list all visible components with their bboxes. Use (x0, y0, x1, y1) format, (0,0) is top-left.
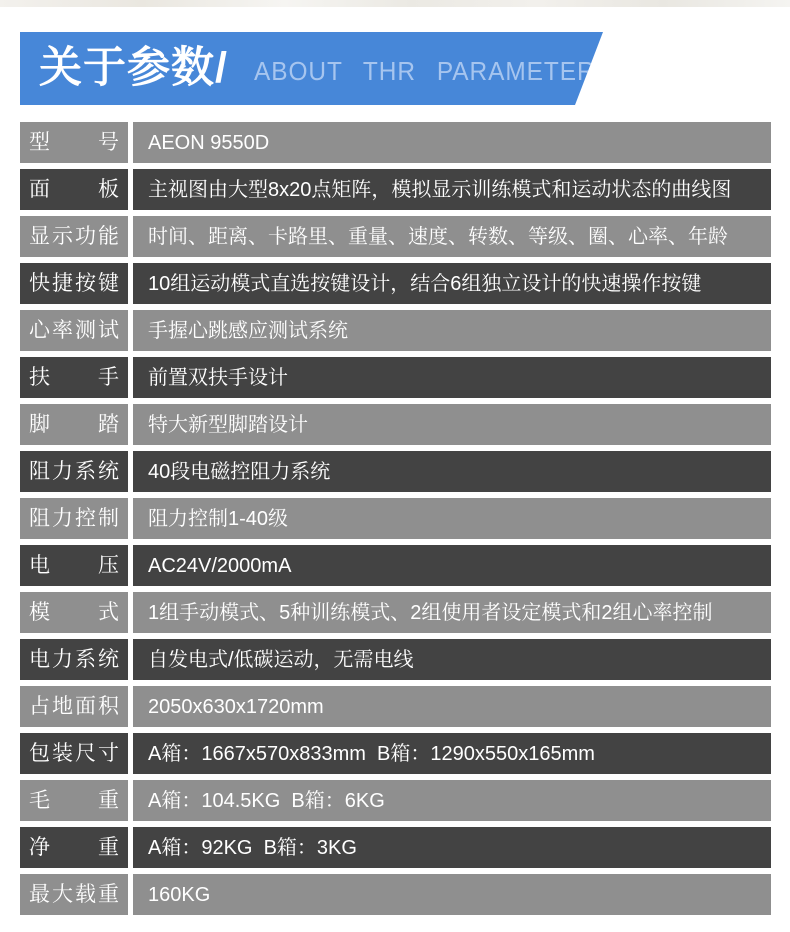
row-value: 手握心跳感应测试系统 (133, 310, 771, 351)
row-label: 占地面积 (20, 686, 128, 727)
row-label-text: 占地面积 (29, 696, 119, 717)
row-label: 电力系统 (20, 639, 128, 680)
row-label: 脚踏 (20, 404, 128, 445)
row-value: 40段电磁控阻力系统 (133, 451, 771, 492)
table-row: 包装尺寸 A箱：1667x570x833mm B箱：1290x550x165mm (20, 733, 771, 774)
row-value: 特大新型脚踏设计 (133, 404, 771, 445)
table-row: 显示功能 时间、距离、卡路里、重量、速度、转数、等级、圈、心率、年龄 (20, 216, 771, 257)
row-value: A箱：104.5KG B箱：6KG (133, 780, 771, 821)
row-value: 160KG (133, 874, 771, 915)
row-value: 时间、距离、卡路里、重量、速度、转数、等级、圈、心率、年龄 (133, 216, 771, 257)
table-row: 最大载重 160KG (20, 874, 771, 915)
row-label-text: 电压 (29, 555, 119, 576)
row-label-text: 包装尺寸 (29, 743, 119, 764)
row-label-text: 扶手 (29, 367, 119, 388)
top-image-edge-strip (0, 0, 790, 7)
row-value: 主视图由大型8x20点矩阵，模拟显示训练模式和运动状态的曲线图 (133, 169, 771, 210)
row-value: AC24V/2000mA (133, 545, 771, 586)
row-label-text: 脚踏 (29, 414, 119, 435)
row-value: 2050x630x1720mm (133, 686, 771, 727)
row-label-text: 面板 (29, 179, 119, 200)
row-label-text: 心率测试 (29, 320, 119, 341)
table-row: 面板 主视图由大型8x20点矩阵，模拟显示训练模式和运动状态的曲线图 (20, 169, 771, 210)
table-row: 模式 1组手动模式、5种训练模式、2组使用者设定模式和2组心率控制 (20, 592, 771, 633)
row-label: 面板 (20, 169, 128, 210)
row-value: A箱：1667x570x833mm B箱：1290x550x165mm (133, 733, 771, 774)
row-label: 包装尺寸 (20, 733, 128, 774)
row-value: AEON 9550D (133, 122, 771, 163)
page-subtitle: ABOUT THR PARAMETERS (254, 58, 613, 84)
row-label: 模式 (20, 592, 128, 633)
row-label-text: 电力系统 (29, 649, 119, 670)
row-label-text: 快捷按键 (29, 273, 119, 294)
row-value: A箱：92KG B箱：3KG (133, 827, 771, 868)
row-label-text: 净重 (29, 837, 119, 858)
table-row: 毛重 A箱：104.5KG B箱：6KG (20, 780, 771, 821)
row-label-text: 显示功能 (29, 226, 119, 247)
row-label-text: 型号 (29, 132, 119, 153)
row-value: 10组运动模式直选按键设计，结合6组独立设计的快速操作按键 (133, 263, 771, 304)
row-label: 阻力系统 (20, 451, 128, 492)
table-row: 脚踏 特大新型脚踏设计 (20, 404, 771, 445)
row-label: 型号 (20, 122, 128, 163)
table-row: 型号 AEON 9550D (20, 122, 771, 163)
row-label: 阻力控制 (20, 498, 128, 539)
row-label: 心率测试 (20, 310, 128, 351)
row-label-text: 模式 (29, 602, 119, 623)
table-row: 扶手 前置双扶手设计 (20, 357, 771, 398)
table-row: 电力系统 自发电式/低碳运动，无需电线 (20, 639, 771, 680)
row-label: 最大载重 (20, 874, 128, 915)
header-banner: 关于参数/ ABOUT THR PARAMETERS (20, 32, 603, 105)
row-label-text: 阻力控制 (29, 508, 119, 529)
table-row: 净重 A箱：92KG B箱：3KG (20, 827, 771, 868)
table-row: 心率测试 手握心跳感应测试系统 (20, 310, 771, 351)
row-label: 扶手 (20, 357, 128, 398)
row-label: 净重 (20, 827, 128, 868)
row-value: 自发电式/低碳运动，无需电线 (133, 639, 771, 680)
spec-table: 型号 AEON 9550D 面板 主视图由大型8x20点矩阵，模拟显示训练模式和… (20, 122, 771, 915)
page-title: 关于参数/ (39, 47, 228, 90)
table-row: 阻力控制 阻力控制1-40级 (20, 498, 771, 539)
row-value: 1组手动模式、5种训练模式、2组使用者设定模式和2组心率控制 (133, 592, 771, 633)
row-label-text: 毛重 (29, 790, 119, 811)
row-label-text: 最大载重 (29, 884, 119, 905)
row-value: 前置双扶手设计 (133, 357, 771, 398)
row-value: 阻力控制1-40级 (133, 498, 771, 539)
row-label: 显示功能 (20, 216, 128, 257)
row-label: 毛重 (20, 780, 128, 821)
table-row: 电压 AC24V/2000mA (20, 545, 771, 586)
table-row: 阻力系统 40段电磁控阻力系统 (20, 451, 771, 492)
table-row: 快捷按键 10组运动模式直选按键设计，结合6组独立设计的快速操作按键 (20, 263, 771, 304)
row-label: 电压 (20, 545, 128, 586)
row-label: 快捷按键 (20, 263, 128, 304)
row-label-text: 阻力系统 (29, 461, 119, 482)
table-row: 占地面积 2050x630x1720mm (20, 686, 771, 727)
